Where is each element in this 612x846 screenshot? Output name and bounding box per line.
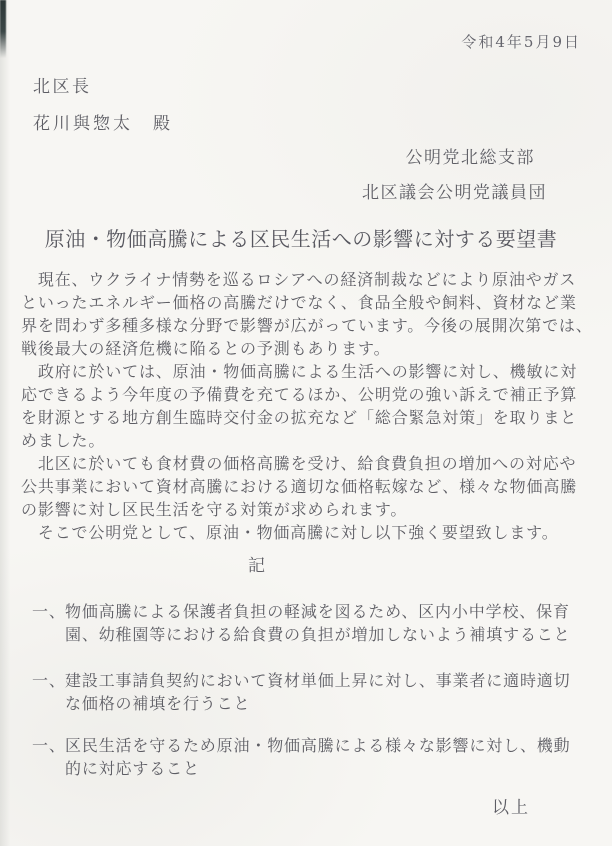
body-line: 現在、ウクライナ情勢を巡るロシアへの経済制裁などにより原油やガス: [21, 268, 581, 291]
request-line: 建設工事請負契約において資材単価上昇に対し、事業者に適時適切: [65, 669, 581, 692]
request-item: 一、 建設工事請負契約において資材単価上昇に対し、事業者に適時適切 な価格の補填…: [32, 669, 581, 715]
body-line: 北区に於いても食材費の価格高騰を受け、給食費負担の増加への対応や: [21, 452, 581, 475]
request-item: 一、 物価高騰による保護者負担の軽減を図るため、区内小中学校、保育 園、幼稚園等…: [32, 600, 581, 646]
request-text: 区民生活を守るため原油・物価高騰による様々な影響に対し、機動 的に対応すること: [65, 734, 581, 780]
document-content: 令和4年5月9日 北区長 花川與惣太 殿 公明党北総支部 北区議会公明党議員団 …: [0, 0, 612, 846]
request-line: 園、幼稚園等における給食費の負担が増加しないよう補填すること: [65, 623, 581, 646]
request-text: 物価高騰による保護者負担の軽減を図るため、区内小中学校、保育 園、幼稚園等におけ…: [65, 600, 581, 646]
body-line: 応できるよう今年度の予備費を充てるほか、公明党の強い訴えで補正予算: [21, 383, 581, 406]
recipient-title: 北区長: [33, 76, 581, 99]
body-line: 政府に於いては、原油・物価高騰による生活への影響に対し、機敏に対: [21, 360, 581, 383]
body-line: めました。: [21, 429, 581, 452]
request-bullet: 一、: [32, 669, 65, 715]
body-line: を財源とする地方創生臨時交付金の拡充など「総合緊急対策」を取りまと: [21, 406, 581, 429]
document-body: 現在、ウクライナ情勢を巡るロシアへの経済制裁などにより原油やガス といったエネル…: [21, 268, 581, 544]
document-date: 令和4年5月9日: [21, 0, 581, 54]
request-line: 物価高騰による保護者負担の軽減を図るため、区内小中学校、保育: [65, 600, 581, 623]
request-text: 建設工事請負契約において資材単価上昇に対し、事業者に適時適切 な価格の補填を行う…: [65, 669, 581, 715]
request-line: な価格の補填を行うこと: [65, 692, 581, 715]
request-item: 一、 区民生活を守るため原油・物価高騰による様々な影響に対し、機動 的に対応する…: [32, 734, 581, 780]
body-line: 公共事業において資材高騰における適切な価格転嫁など、様々な物価高騰: [21, 475, 581, 498]
body-line: そこで公明党として、原油・物価高騰に対し以下強く要望致します。: [21, 521, 581, 544]
sender-group: 北区議会公明党議員団: [21, 182, 581, 205]
sender-organization: 公明党北総支部: [21, 147, 581, 170]
recipient-name: 花川與惣太 殿: [33, 113, 581, 136]
body-line: の影響に対し区民生活を守る対策が求められます。: [21, 498, 581, 521]
request-bullet: 一、: [32, 734, 65, 780]
body-line: 界を問わず多種多様な分野で影響が広がっています。今後の展開次第では、: [21, 314, 581, 337]
request-bullet: 一、: [32, 600, 65, 646]
closing-marker: 以上: [21, 797, 581, 820]
request-line: 的に対応すること: [65, 757, 581, 780]
body-line: 戦後最大の経済危機に陥るとの予測もあります。: [21, 337, 581, 360]
document-page: 令和4年5月9日 北区長 花川與惣太 殿 公明党北総支部 北区議会公明党議員団 …: [0, 0, 612, 846]
body-line: といったエネルギー価格の高騰だけでなく、食品全般や飼料、資材など業: [21, 291, 581, 314]
document-title: 原油・物価高騰による区民生活への影響に対する要望書: [21, 225, 581, 253]
request-line: 区民生活を守るため原油・物価高騰による様々な影響に対し、機動: [65, 734, 581, 757]
record-marker: 記: [0, 555, 537, 578]
